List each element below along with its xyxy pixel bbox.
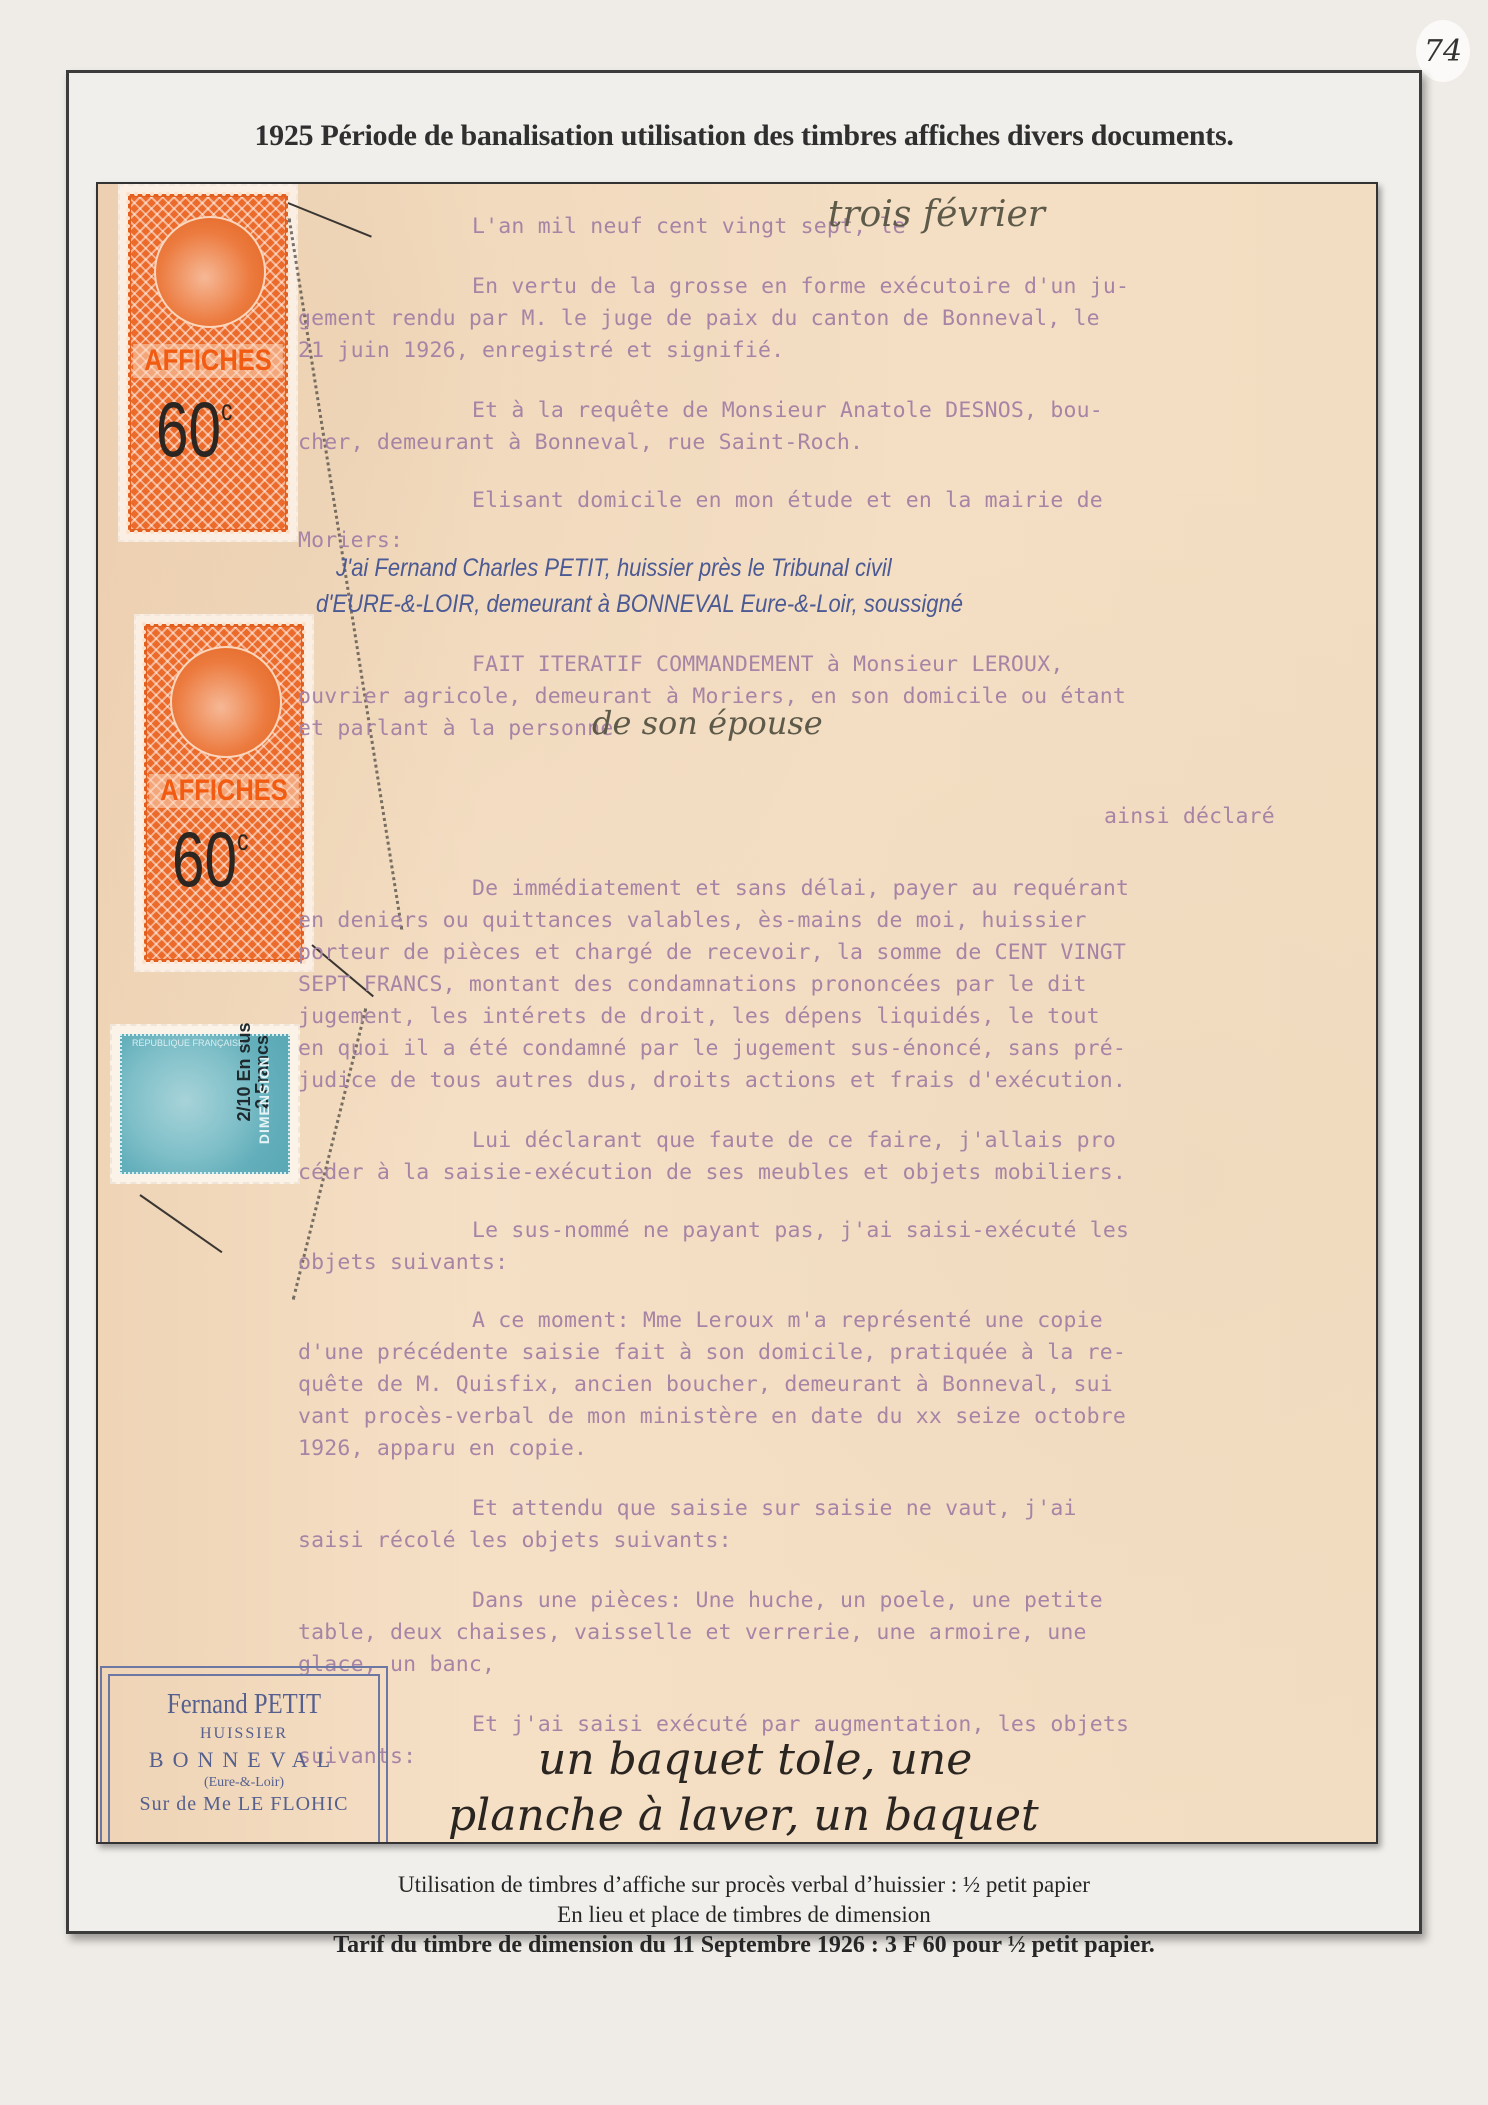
stamp-label: AFFICHES bbox=[149, 774, 299, 808]
typed-line: Moriers: bbox=[298, 528, 403, 553]
typed-line: vant procès-verbal de mon ministère en d… bbox=[298, 1404, 1126, 1429]
rubber-stamp-line: d'EURE-&-LOIR, demeurant à BONNEVAL Eure… bbox=[316, 590, 963, 619]
rubber-stamp-line: J'ai Fernand Charles PETIT, huissier prè… bbox=[336, 554, 892, 583]
caption-line: En lieu et place de timbres de dimension bbox=[0, 1902, 1488, 1928]
typed-line: gement rendu par M. le juge de paix du c… bbox=[298, 306, 1100, 331]
stamp-value: 60c bbox=[172, 820, 248, 898]
typed-line: jugement, les intérets de droit, les dép… bbox=[298, 1004, 1100, 1029]
typed-line: objets suivants: bbox=[298, 1250, 508, 1275]
page-number: 74 bbox=[1416, 20, 1470, 82]
affiches-stamp-2: AFFICHES 60c bbox=[134, 614, 314, 972]
marianne-medallion-icon bbox=[170, 646, 282, 758]
typed-line: Et à la requête de Monsieur Anatole DESN… bbox=[472, 398, 1103, 423]
typed-line: d'une précédente saisie fait à son domic… bbox=[298, 1340, 1126, 1365]
bailiff-document: AFFICHES 60c AFFICHES 60c RÉPUBLIQUE FRA… bbox=[96, 182, 1378, 1844]
typed-line: saisi récolé les objets suivants: bbox=[298, 1528, 732, 1553]
typed-line: Lui déclarant que faute de ce faire, j'a… bbox=[472, 1128, 1116, 1153]
typed-line: en deniers ou quittances valables, ès-ma… bbox=[298, 908, 1087, 933]
dimension-stamp: RÉPUBLIQUE FRANÇAISE 2/10 En sus2 Francs… bbox=[110, 1024, 300, 1184]
cachet-name: Fernand PETIT bbox=[130, 1688, 358, 1721]
cachet-title: HUISSIER bbox=[110, 1725, 378, 1743]
typed-line: quête de M. Quisfix, ancien boucher, dem… bbox=[298, 1372, 1113, 1397]
cancel-stroke bbox=[139, 1194, 222, 1253]
typed-line: cher, demeurant à Bonneval, rue Saint-Ro… bbox=[298, 430, 863, 455]
typed-line: porteur de pièces et chargé de recevoir,… bbox=[298, 940, 1126, 965]
typed-line: Le sus-nommé ne payant pas, j'ai saisi-e… bbox=[472, 1218, 1129, 1243]
handwritten-date: trois février bbox=[828, 194, 1045, 235]
cachet-successor: Sur de Me LE FLOHIC bbox=[110, 1793, 378, 1816]
handwritten-addition: un baquet tole, une bbox=[538, 1734, 972, 1785]
stamp-label: AFFICHES bbox=[133, 344, 283, 378]
typed-line: SEPT FRANCS, montant des condamnations p… bbox=[298, 972, 1087, 997]
typed-line: A ce moment: Mme Leroux m'a représenté u… bbox=[472, 1308, 1103, 1333]
typed-line: et parlant à la personne bbox=[298, 716, 613, 741]
typed-line: table, deux chaises, vaisselle et verrer… bbox=[298, 1620, 1087, 1645]
typed-line: Et attendu que saisie sur saisie ne vaut… bbox=[472, 1496, 1077, 1521]
typed-line: FAIT ITERATIF COMMANDEMENT à Monsieur LE… bbox=[472, 652, 1063, 677]
cachet-department: (Eure-&-Loir) bbox=[110, 1775, 378, 1791]
page-title: 1925 Période de banalisation utilisation… bbox=[69, 119, 1419, 153]
typed-line: céder à la saisie-exécution de ses meubl… bbox=[298, 1160, 1126, 1185]
caption-tariff: Tarif du timbre de dimension du 11 Septe… bbox=[0, 1932, 1488, 1959]
stamp-label: DIMENSION bbox=[256, 1056, 272, 1144]
stamp-inscription: RÉPUBLIQUE FRANÇAISE bbox=[132, 1038, 244, 1048]
typed-line: 1926, apparu en copie. bbox=[298, 1436, 587, 1461]
bailiff-cachet: Fernand PETIT HUISSIER BONNEVAL (Eure-&-… bbox=[108, 1674, 380, 1844]
typed-line: En vertu de la grosse en forme exécutoir… bbox=[472, 274, 1129, 299]
typed-line: ainsi déclaré bbox=[1104, 804, 1275, 829]
typed-line: De immédiatement et sans délai, payer au… bbox=[472, 876, 1129, 901]
marianne-medallion-icon bbox=[154, 216, 266, 328]
typed-line: judice de tous autres dus, droits action… bbox=[298, 1068, 1126, 1093]
handwritten-addition: planche à laver, un baquet bbox=[448, 1790, 1039, 1841]
typed-line: en quoi il a été condamné par le jugemen… bbox=[298, 1036, 1126, 1061]
cachet-town: BONNEVAL bbox=[110, 1747, 378, 1773]
stamp-value: 60c bbox=[156, 390, 232, 468]
affiches-stamp-1: AFFICHES 60c bbox=[118, 184, 298, 542]
typed-line: Elisant domicile en mon étude et en la m… bbox=[472, 488, 1103, 513]
handwritten-addition: de son épouse bbox=[592, 704, 823, 742]
typed-line: 21 juin 1926, enregistré et signifié. bbox=[298, 338, 784, 363]
cancel-stroke bbox=[288, 202, 372, 238]
typed-line: Dans une pièces: Une huche, un poele, un… bbox=[472, 1588, 1103, 1613]
caption-line: Utilisation de timbres d’affiche sur pro… bbox=[0, 1872, 1488, 1898]
